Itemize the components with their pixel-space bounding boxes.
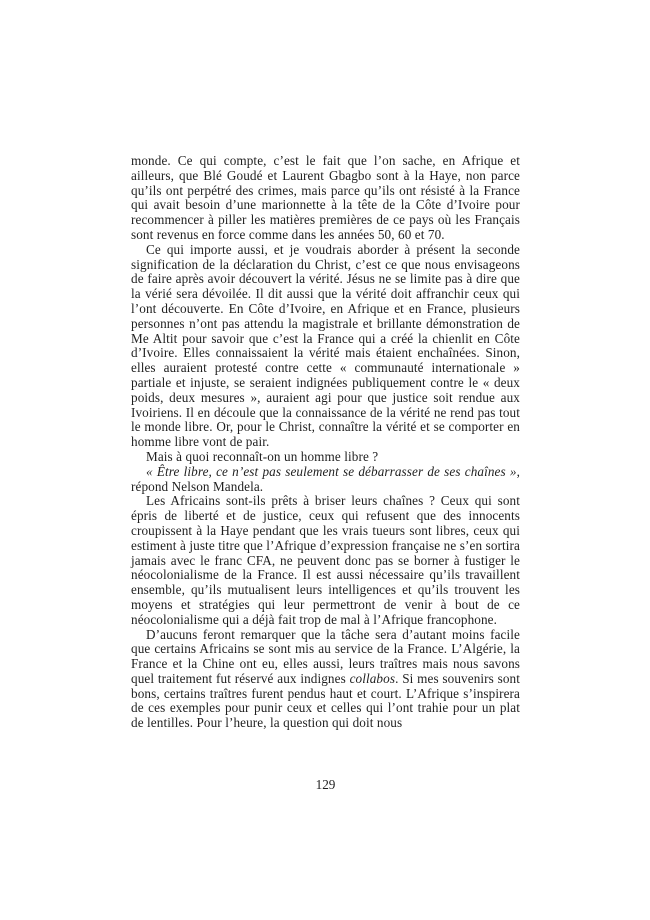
text-run: Les Africains sont-ils prêts à briser le… xyxy=(131,493,520,626)
page-number: 129 xyxy=(131,777,520,793)
paragraph: Les Africains sont-ils prêts à briser le… xyxy=(131,494,520,627)
paragraph: D’aucuns feront remarquer que la tâche s… xyxy=(131,628,520,732)
italic-text-run: collabos xyxy=(350,671,396,686)
text-run: Mais à quoi reconnaît-on un homme libre … xyxy=(146,449,378,464)
italic-text-run: « Être libre, ce n’est pas seulement se … xyxy=(146,464,517,479)
paragraph: Ce qui importe aussi, et je voudrais abo… xyxy=(131,243,520,450)
paragraph: « Être libre, ce n’est pas seulement se … xyxy=(131,465,520,495)
paragraph: Mais à quoi reconnaît-on un homme libre … xyxy=(131,450,520,465)
text-run: monde. Ce qui compte, c’est le fait que … xyxy=(131,153,520,242)
page-text-block: monde. Ce qui compte, c’est le fait que … xyxy=(131,154,520,731)
paragraph: monde. Ce qui compte, c’est le fait que … xyxy=(131,154,520,243)
book-page: monde. Ce qui compte, c’est le fait que … xyxy=(0,0,650,920)
text-run: Ce qui importe aussi, et je voudrais abo… xyxy=(131,242,520,449)
